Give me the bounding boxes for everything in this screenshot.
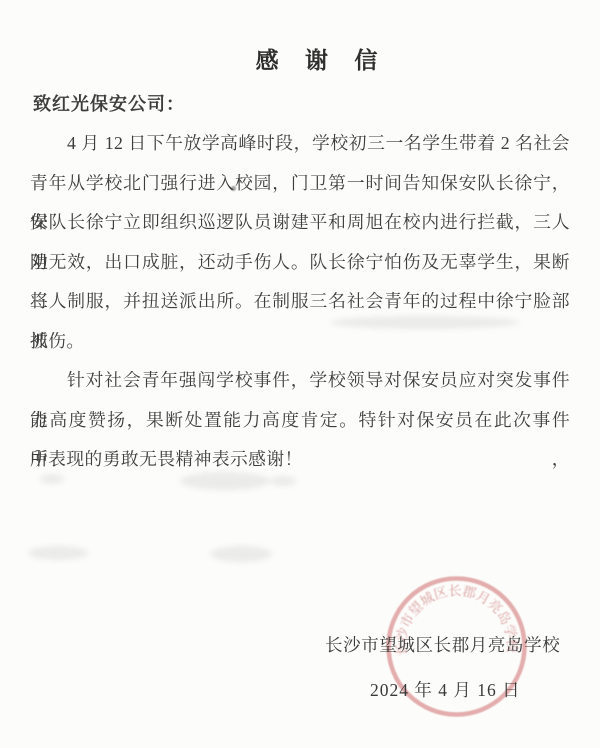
body-line: 力高度赞扬，果断处置能力高度肯定。特针对保安员在此次事件中， [30, 401, 570, 441]
scan-artifact [270, 476, 296, 486]
scan-artifact [210, 546, 272, 562]
body-line: 三人制服，并扭送派出所。在制服三名社会青年的过程中徐宁脸部被 [30, 282, 570, 322]
signature-date: 2024 年 4 月 16 日 [370, 677, 521, 702]
letter-title: 感 谢 信 [20, 0, 600, 75]
signature-school-name: 长沙市望城区长郡月亮岛学校 [325, 632, 560, 657]
scan-artifact [40, 474, 64, 484]
body-line: 青年从学校北门强行进入校园，门卫第一时间告知保安队长徐宁，保 [30, 164, 570, 204]
body-line: 针对社会青年强闯学校事件，学校领导对保安员应对突发事件能 [30, 361, 570, 401]
letter-body: 4 月 12 日下午放学高峰时段，学校初三一名学生带着 2 名社会 青年从学校北… [30, 124, 570, 480]
scan-artifact [231, 186, 236, 191]
body-line: 安队长徐宁立即组织巡逻队员谢建平和周旭在校内进行拦截，三人劝 [30, 203, 570, 243]
scanned-thank-you-letter: 感 谢 信 致红光保安公司： 4 月 12 日下午放学高峰时段，学校初三一名学生… [0, 0, 600, 748]
body-line: 抓伤。 [30, 322, 570, 362]
body-line: 阻无效，出口成脏，还动手伤人。队长徐宁怕伤及无辜学生，果断将 [30, 243, 570, 283]
letter-salutation: 致红光保安公司： [33, 90, 600, 116]
scan-artifact [180, 472, 270, 490]
scan-artifact [330, 316, 520, 329]
body-line: 4 月 12 日下午放学高峰时段，学校初三一名学生带着 2 名社会 [30, 124, 570, 164]
scan-artifact [28, 546, 88, 560]
